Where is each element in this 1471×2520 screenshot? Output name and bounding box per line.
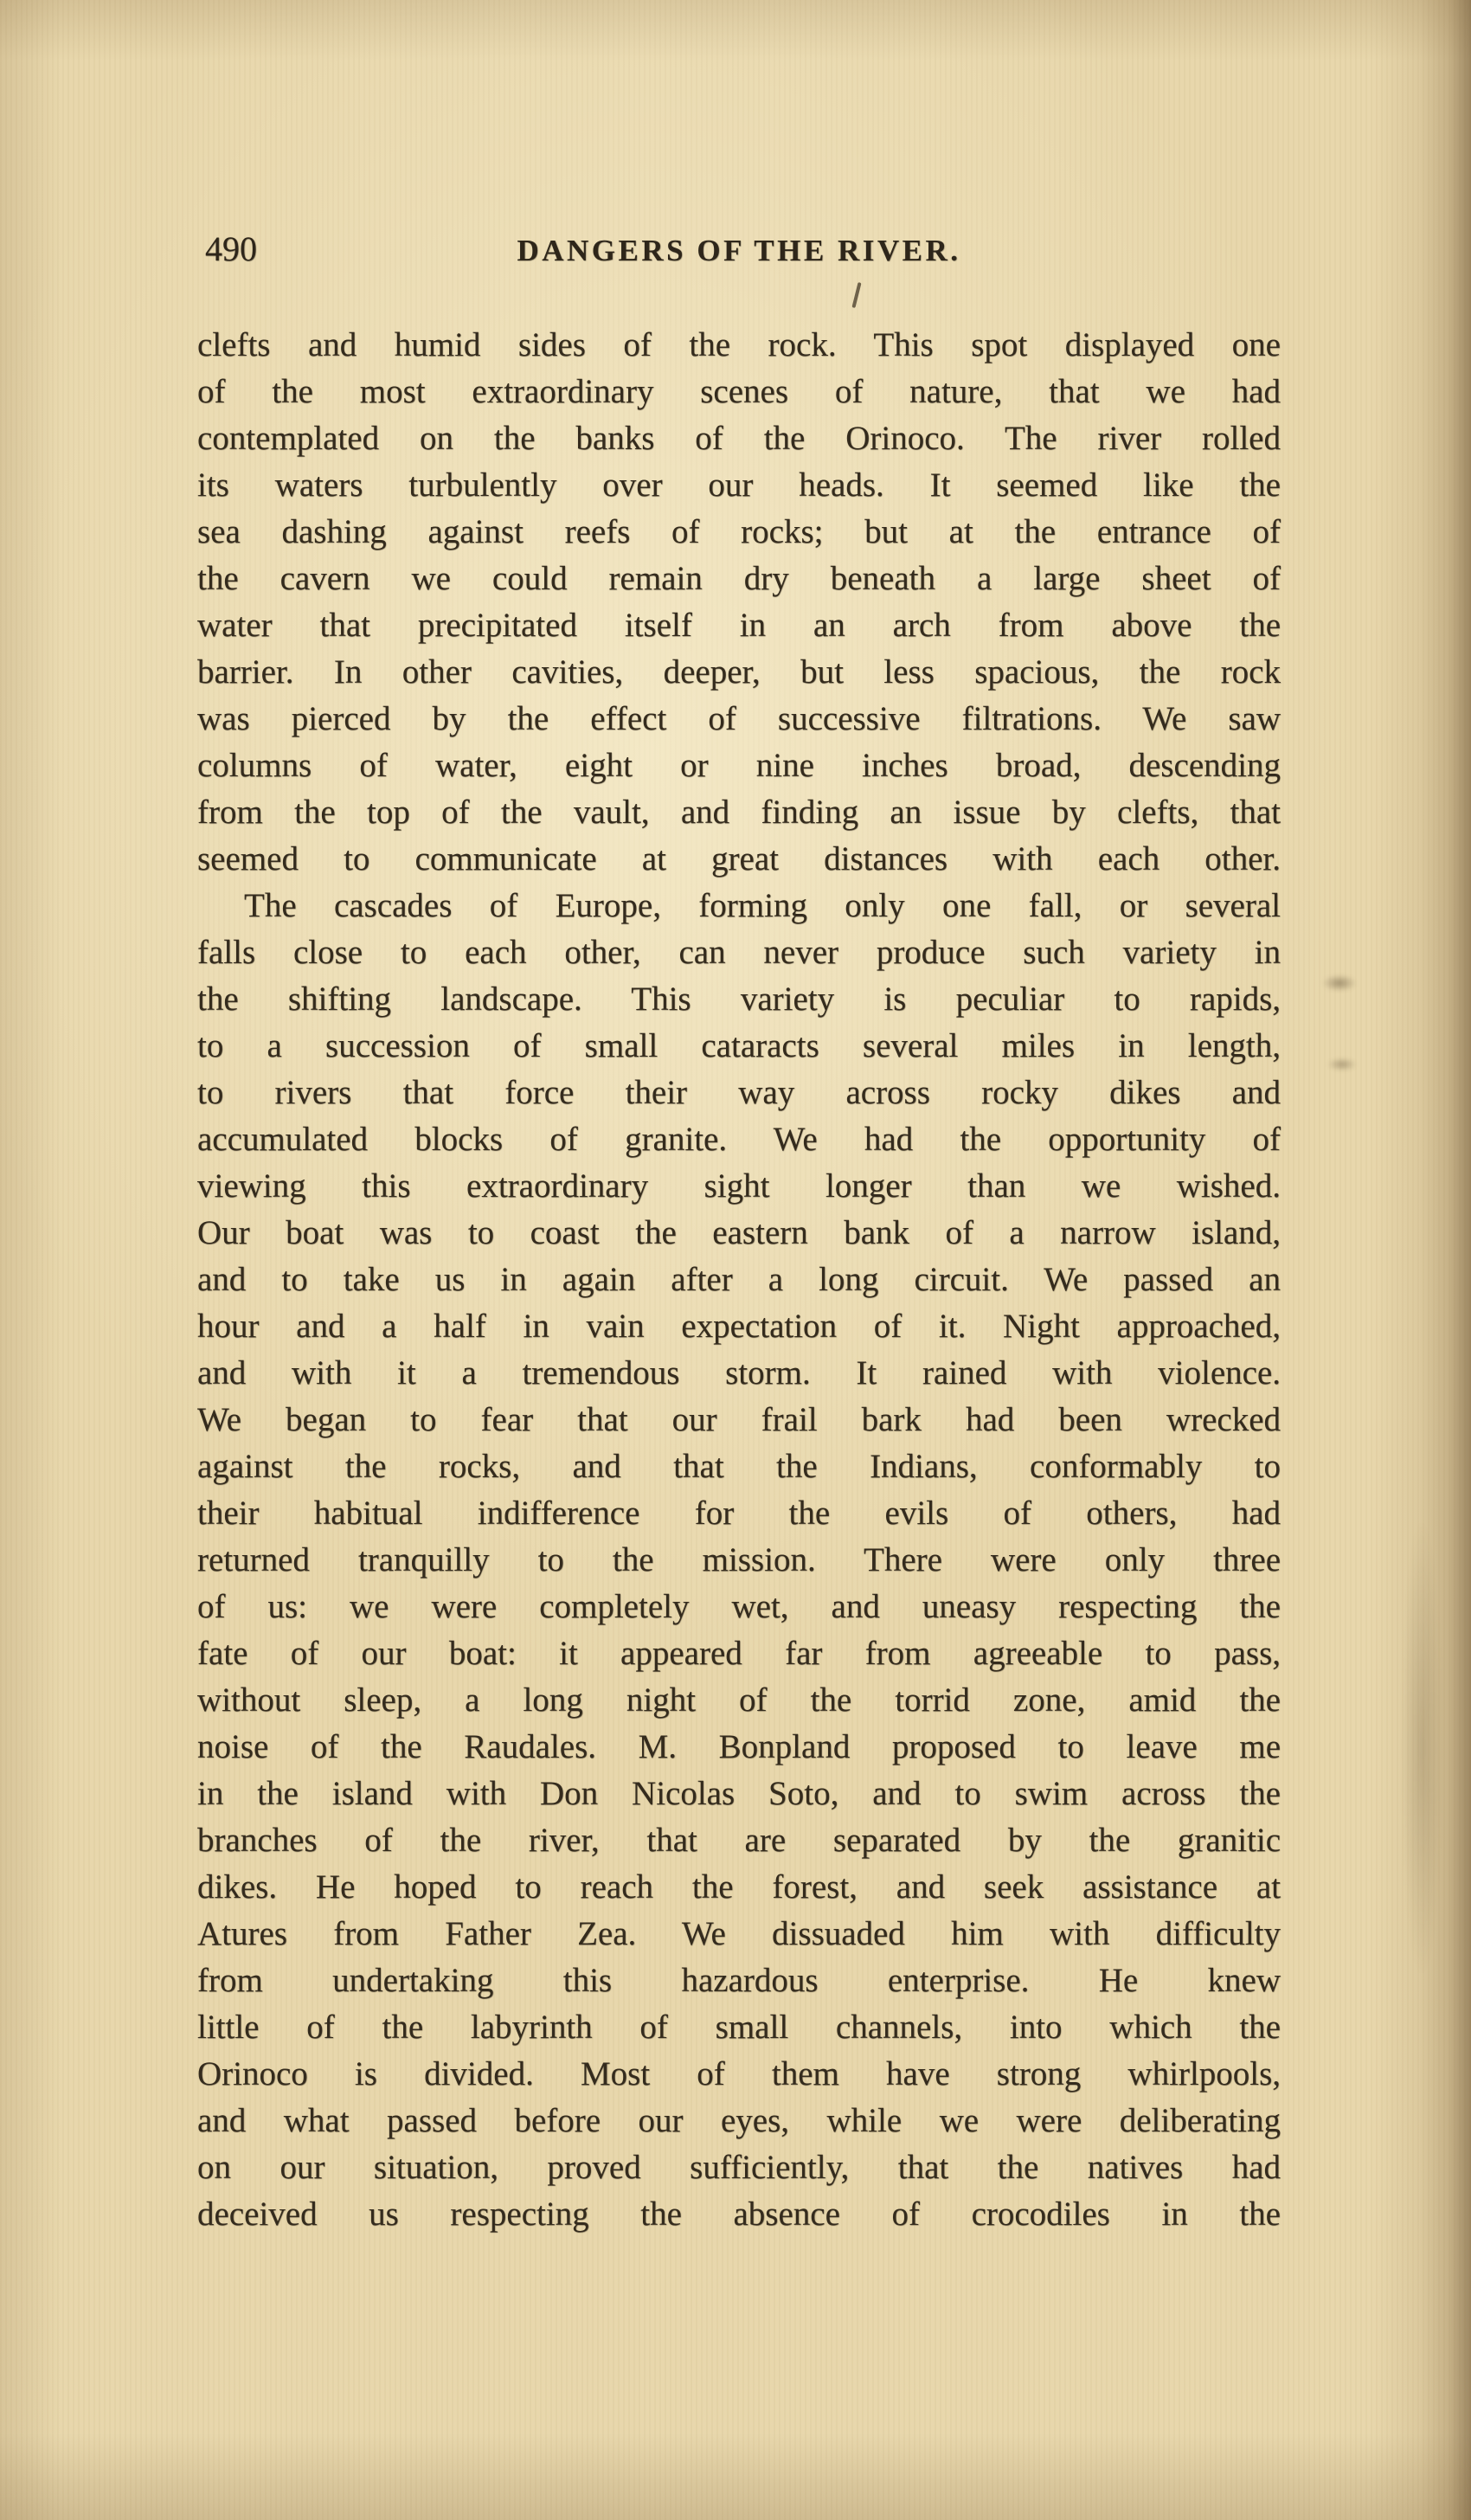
- text-line: little of the labyrinth of small channel…: [197, 2004, 1281, 2051]
- text-line: We began to fear that our frail bark had…: [197, 1397, 1281, 1443]
- text-line: Atures from Father Zea. We dissuaded him…: [197, 1911, 1281, 1957]
- text-line: sea dashing against reefs of rocks; but …: [197, 509, 1281, 556]
- text-line: water that precipitated itself in an arc…: [197, 602, 1281, 649]
- text-line: of us: we were completely wet, and uneas…: [197, 1584, 1281, 1630]
- text-line: and with it a tremendous storm. It raine…: [197, 1350, 1281, 1397]
- text-line: hour and a half in vain expectation of i…: [197, 1303, 1281, 1350]
- text-line: falls close to each other, can never pro…: [197, 929, 1281, 976]
- scan-smudge: [1327, 1057, 1357, 1071]
- text-line: the cavern we could remain dry beneath a…: [197, 556, 1281, 602]
- text-line: from the top of the vault, and finding a…: [197, 789, 1281, 836]
- text-line: dikes. He hoped to reach the forest, and…: [197, 1864, 1281, 1911]
- text-line: fate of our boat: it appeared far from a…: [197, 1630, 1281, 1677]
- text-line: to a succession of small cataracts sever…: [197, 1023, 1281, 1070]
- text-line: and what passed before our eyes, while w…: [197, 2098, 1281, 2144]
- text-line: of the most extraordinary scenes of natu…: [197, 369, 1281, 415]
- stray-ink-mark: [851, 282, 861, 308]
- book-page: 490 DANGERS OF THE RIVER. clefts and hum…: [0, 0, 1471, 2520]
- text-line: branches of the river, that are separate…: [197, 1817, 1281, 1864]
- text-line: The cascades of Europe, forming only one…: [197, 883, 1281, 929]
- text-line: viewing this extraordinary sight longer …: [197, 1163, 1281, 1210]
- text-line: and to take us in again after a long cir…: [197, 1257, 1281, 1303]
- text-line: deceived us respecting the absence of cr…: [197, 2191, 1281, 2238]
- page-body: clefts and humid sides of the rock. This…: [197, 322, 1281, 2238]
- text-line: seemed to communicate at great distances…: [197, 836, 1281, 883]
- text-line: clefts and humid sides of the rock. This…: [197, 322, 1281, 369]
- text-line: the shifting landscape. This variety is …: [197, 976, 1281, 1023]
- text-line: contemplated on the banks of the Orinoco…: [197, 415, 1281, 462]
- text-line: Our boat was to coast the eastern bank o…: [197, 1210, 1281, 1257]
- text-line: accumulated blocks of granite. We had th…: [197, 1116, 1281, 1163]
- text-line: on our situation, proved sufficiently, t…: [197, 2144, 1281, 2191]
- text-line: against the rocks, and that the Indians,…: [197, 1443, 1281, 1490]
- text-line: from undertaking this hazardous enterpri…: [197, 1957, 1281, 2004]
- text-line: barrier. In other cavities, deeper, but …: [197, 649, 1281, 696]
- page-edge-shadow: [1402, 1523, 1442, 1973]
- text-line: returned tranquilly to the mission. Ther…: [197, 1537, 1281, 1584]
- text-line: Orinoco is divided. Most of them have st…: [197, 2051, 1281, 2098]
- text-line: noise of the Raudales. M. Bonpland propo…: [197, 1724, 1281, 1771]
- text-line: their habitual indifference for the evil…: [197, 1490, 1281, 1537]
- text-line: its waters turbulently over our heads. I…: [197, 462, 1281, 509]
- text-line: without sleep, a long night of the torri…: [197, 1677, 1281, 1724]
- scan-smudge: [1322, 974, 1357, 992]
- text-line: to rivers that force their way across ro…: [197, 1070, 1281, 1116]
- text-line: columns of water, eight or nine inches b…: [197, 742, 1281, 789]
- running-header: DANGERS OF THE RIVER.: [197, 234, 1281, 268]
- text-line: was pierced by the effect of successive …: [197, 696, 1281, 742]
- text-line: in the island with Don Nicolas Soto, and…: [197, 1771, 1281, 1817]
